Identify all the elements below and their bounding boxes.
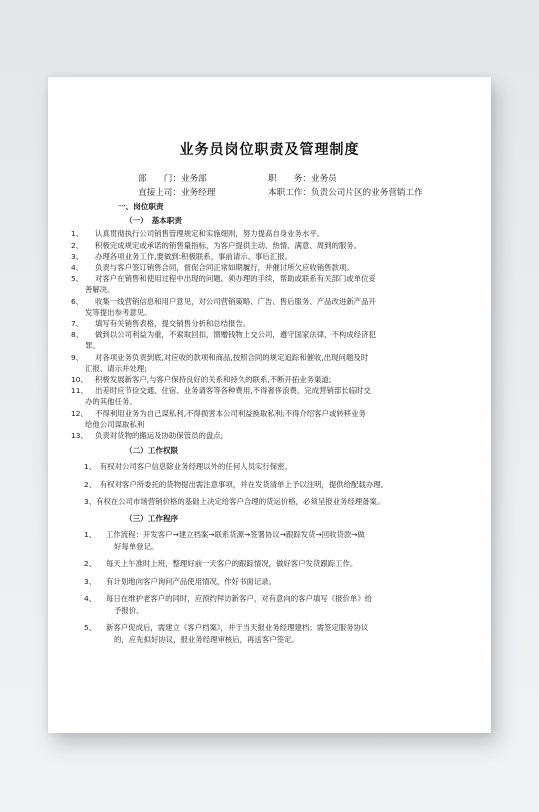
document-page: 业务员岗位职责及管理制度 部 门：业务部 职 务：业务员 直接上司：业务经理 本… [48,77,491,733]
procedure-item: 1、工作流程：开发客户→建立档案→联系货源→签署协议→跟踪发货→回收货款→做好每… [84,529,472,552]
subsection-heading-basic: （一） 基本职责 [125,215,472,226]
item-text: 收集一线营销信息和用户意见，对公司营销策略、广告、售后服务、产品改进新产品开发等… [95,296,472,318]
department-value: 业务部 [181,174,207,184]
item-text: 对客户在销售和使用过程中出现的问题、须办理的手续，帮助或联系有关部门或单位妥善解… [95,273,472,295]
item-number: 5、 [84,622,106,645]
duty-item: 4、负责与客户签订销售合同，督促合同正常如期履行，并催讨所欠应收销售款项。 [68,262,472,273]
section-heading-duties: 一、岗位职责 [118,201,472,212]
item-number: 1、 [68,228,95,239]
procedure-item: 4、每日在维护老客户的同时，应预约拜访新客户，对有意向的客户填写《报价单》给予报… [84,593,472,616]
department-field: 部 门：业务部 [138,172,207,184]
item-text: 做到以公司利益为重，不索取回扣，馈赠钱物上交公司，遵守国家法律，不构成经济犯罪。 [95,329,472,351]
item-text: 新客户促成后，需建立《客户档案》，并于当天报业务经理建档；需签定服务协议的，应先… [106,622,472,645]
procedure-item: 3、有计划地向客户询问产品使用情况，作好书面记录。 [84,576,472,588]
authority-item: 2、 有权对客户所委托的货物提出需注意事项，并在发货清单上予以注明，提供给配载办… [68,476,472,493]
position-label: 职 务： [268,174,311,184]
duty-item: 8、做到以公司利益为重，不索取回扣，馈赠钱物上交公司，遵守国家法律，不构成经济犯… [68,329,472,351]
subsection-heading-authority: （二）工作权限 [125,445,472,456]
item-number: 2、 [84,558,106,570]
item-text: 认真贯彻执行公司销售管理规定和实施细则，努力提高自身业务水平。 [95,228,472,239]
document-body: 一、岗位职责 （一） 基本职责 1、认真贯彻执行公司销售管理规定和实施细则，努力… [120,201,472,651]
item-text: 办理各项业务工作,要做到:积极联系，事前请示、事后汇报。 [95,251,472,262]
item-number: 7、 [68,318,95,329]
job-value: 负责公司片区的业务营销工作 [311,188,423,198]
duty-item: 1、认真贯彻执行公司销售管理规定和实施细则，努力提高自身业务水平。 [68,228,472,239]
position-field: 职 务：业务员 [268,172,337,184]
item-number: 3、 [84,576,106,588]
department-label: 部 门： [138,174,181,184]
item-text: 积极完成规定或承诺的销售量指标，为客户提供主动、热情、满意、周到的服务。 [95,240,472,251]
duty-item: 5、对客户在销售和使用过程中出现的问题、须办理的手续，帮助或联系有关部门或单位妥… [68,273,472,295]
duty-item: 3、办理各项业务工作,要做到:积极联系，事前请示、事后汇报。 [68,251,472,262]
item-text: 负责与客户签订销售合同，督促合同正常如期履行，并催讨所欠应收销售款项。 [95,262,472,273]
item-number: 2、 [68,240,95,251]
item-number: 10、 [68,374,95,385]
item-text: 对各项业务负责到底,对应收的款项和商品,按照合同的规定追踪和催收,出现问题及时汇… [95,352,472,374]
item-number: 3、 [68,251,95,262]
authority-item: 3、有权在公司市场营销价格的基础上决定给客户合理的货运价格，必须呈报业务经理备案… [68,493,472,510]
position-value: 业务员 [311,174,337,184]
duty-item: 11、出差时应节俭交通、住宿、业务请客等各种费用,不得奢侈浪费。完成营销部长临时… [68,385,472,407]
duty-item: 7、填写有关销售表格，提交销售分析和总结报告。 [68,318,472,329]
supervisor-field: 直接上司：业务经理 [138,186,215,198]
item-number: 4、 [68,262,95,273]
procedure-item: 5、新客户促成后，需建立《客户档案》，并于当天报业务经理建档；需签定服务协议的，… [84,622,472,645]
document-title: 业务员岗位职责及管理制度 [48,139,491,159]
item-text: 每日在维护老客户的同时，应预约拜访新客户，对有意向的客户填写《报价单》给予报价。 [106,593,472,616]
item-text: 工作流程：开发客户→建立档案→联系货源→签署协议→跟踪发货→回收货款→做好每单登… [106,529,472,552]
duty-item: 13、负责对货物的搬运及协助保管员的盘点; [68,430,472,441]
item-text: 填写有关销售表格，提交销售分析和总结报告。 [95,318,472,329]
duty-item: 10、积极发展新客户,与客户保持良好的关系和持久的联系,不断开拓业务渠道; [68,374,472,385]
item-text: 不得利用业务为自己谋私利,不得损害本公司利益换取私利;不得介绍客户或转移业务给他… [95,408,472,430]
duty-item: 6、收集一线营销信息和用户意见，对公司营销策略、广告、售后服务、产品改进新产品开… [68,296,472,318]
supervisor-value: 业务经理 [181,188,215,198]
job-field: 本职工作：负责公司片区的业务营销工作 [268,186,423,198]
item-text: 积极发展新客户,与客户保持良好的关系和持久的联系,不断开拓业务渠道; [95,374,472,385]
authority-item: 1、 有权对公司客户信息除业务经理以外的任何人员实行保密。 [68,458,472,475]
duty-item: 2、积极完成规定或承诺的销售量指标，为客户提供主动、热情、满意、周到的服务。 [68,240,472,251]
duty-item: 12、不得利用业务为自己谋私利,不得损害本公司利益换取私利;不得介绍客户或转移业… [68,408,472,430]
item-text: 每天上午准时上班，整理好前一天客户的跟踪情况，做好客户发货跟踪工作。 [106,558,472,570]
supervisor-label: 直接上司： [138,188,181,198]
job-label: 本职工作： [268,188,311,198]
item-number: 4、 [84,593,106,616]
subsection-heading-procedure: （三）工作程序 [125,513,472,524]
item-text: 有计划地向客户询问产品使用情况，作好书面记录。 [106,576,472,588]
item-text: 出差时应节俭交通、住宿、业务请客等各种费用,不得奢侈浪费。完成营销部长临时交办的… [95,385,472,407]
item-number: 1、 [84,529,106,552]
item-text: 负责对货物的搬运及协助保管员的盘点; [95,430,472,441]
duty-item: 9、对各项业务负责到底,对应收的款项和商品,按照合同的规定追踪和催收,出现问题及… [68,352,472,374]
procedure-item: 2、每天上午准时上班，整理好前一天客户的跟踪情况，做好客户发货跟踪工作。 [84,558,472,570]
item-number: 13、 [68,430,95,441]
